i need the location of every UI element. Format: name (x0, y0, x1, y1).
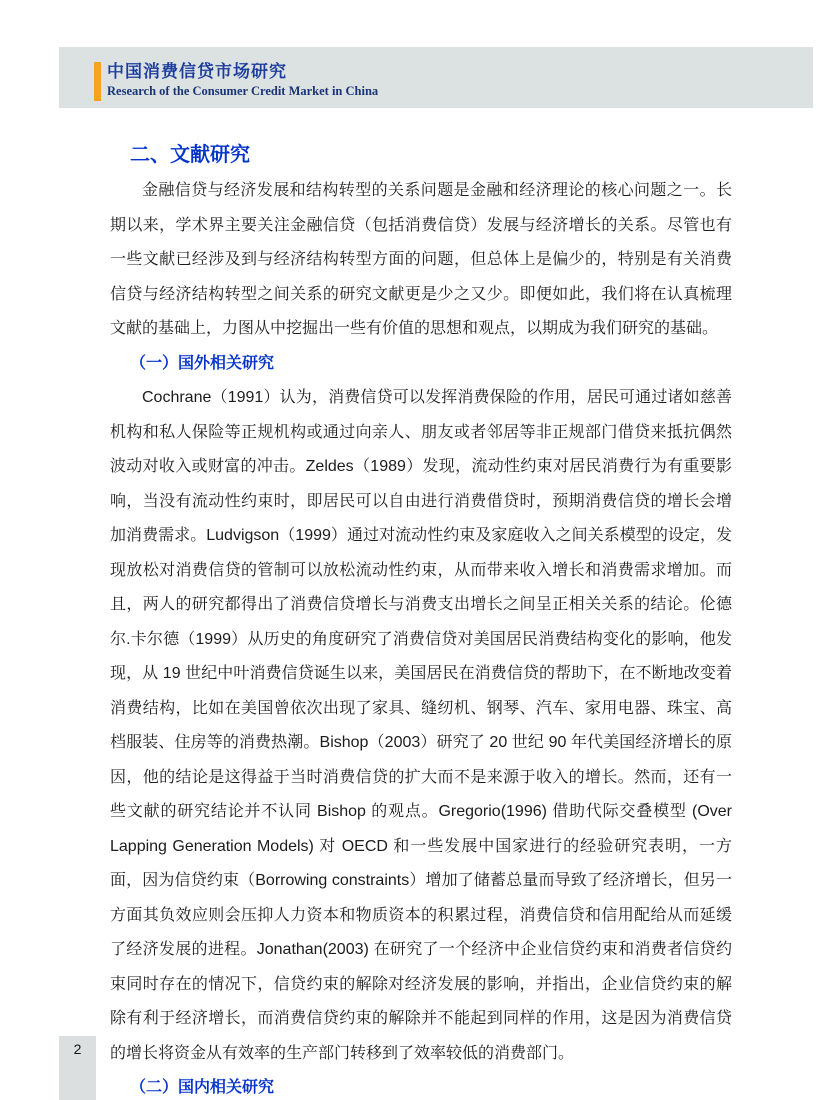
subsection-heading-domestic-research: （二）国内相关研究 (110, 1071, 732, 1100)
header-title-chinese: 中国消费信贷市场研究 (107, 61, 378, 82)
subsection-heading-foreign-research: （一）国外相关研究 (110, 347, 732, 382)
document-body: 二、文献研究 金融信贷与经济发展和结构转型的关系问题是金融和经济理论的核心问题之… (110, 142, 732, 1100)
accent-bar (94, 62, 101, 101)
intro-paragraph: 金融信贷与经济发展和结构转型的关系问题是金融和经济理论的核心问题之一。长期以来，… (110, 174, 732, 347)
header-titles: 中国消费信贷市场研究 Research of the Consumer Cred… (107, 61, 378, 99)
page-header: 中国消费信贷市场研究 Research of the Consumer Cred… (59, 47, 813, 108)
foreign-research-paragraph: Cochrane（1991）认为，消费信贷可以发挥消费保险的作用，居民可通过诸如… (110, 381, 732, 1071)
section-heading: 二、文献研究 (130, 142, 732, 168)
page-number-block: 2 (59, 1036, 96, 1100)
page-number: 2 (74, 1036, 82, 1057)
header-title-english: Research of the Consumer Credit Market i… (107, 83, 378, 99)
document-page: 中国消费信贷市场研究 Research of the Consumer Cred… (0, 0, 816, 1100)
